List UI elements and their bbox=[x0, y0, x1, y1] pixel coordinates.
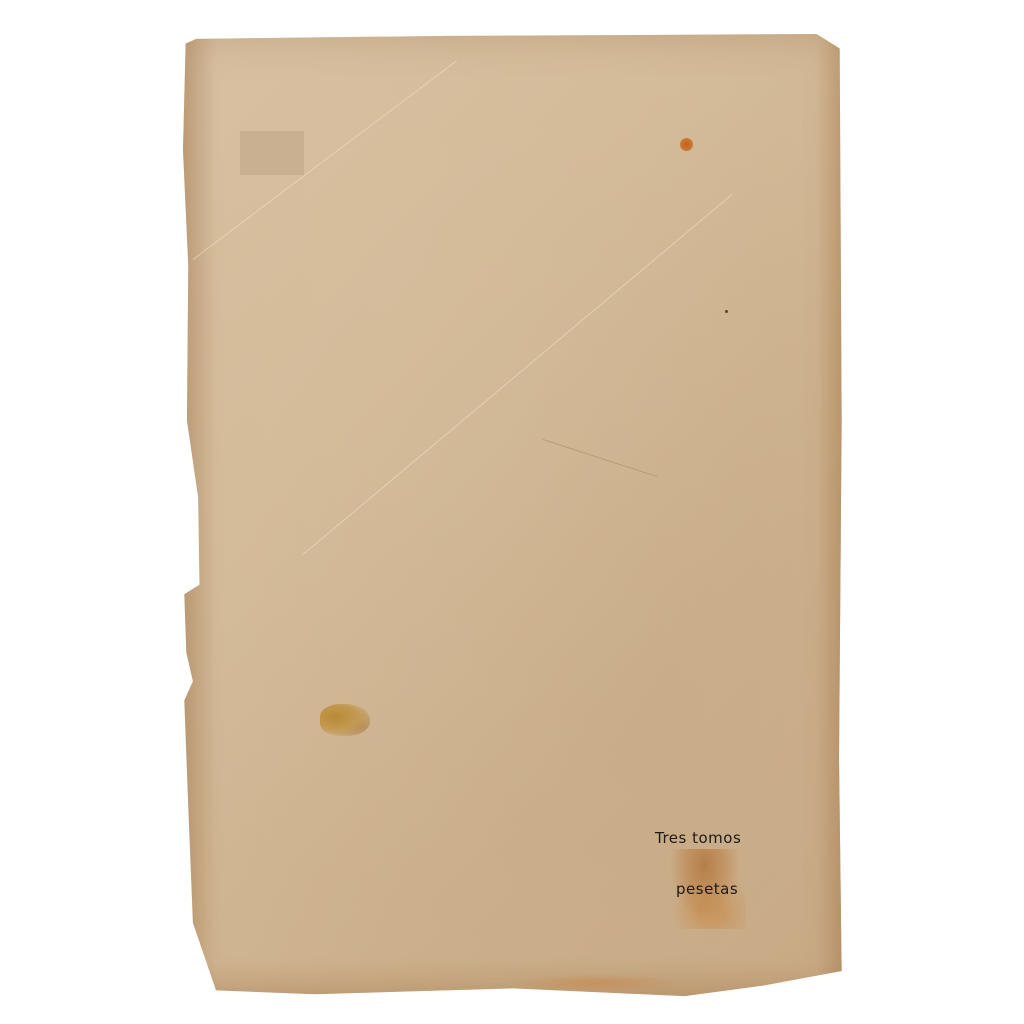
scan-background: Tres tomos pesetas bbox=[0, 0, 1024, 1024]
obscured-label-patch bbox=[240, 131, 304, 175]
small-dark-spot bbox=[725, 310, 728, 313]
ink-spot bbox=[680, 138, 693, 151]
bottom-edge-stain bbox=[513, 974, 683, 992]
paper-crease bbox=[303, 194, 733, 555]
currency-text: pesetas bbox=[676, 880, 738, 898]
stain-mark bbox=[320, 704, 370, 736]
book-back-cover: Tres tomos pesetas bbox=[183, 34, 843, 1000]
paper-scuff bbox=[543, 439, 657, 477]
paper-crease bbox=[193, 61, 457, 260]
volume-count-text: Tres tomos bbox=[655, 829, 741, 847]
